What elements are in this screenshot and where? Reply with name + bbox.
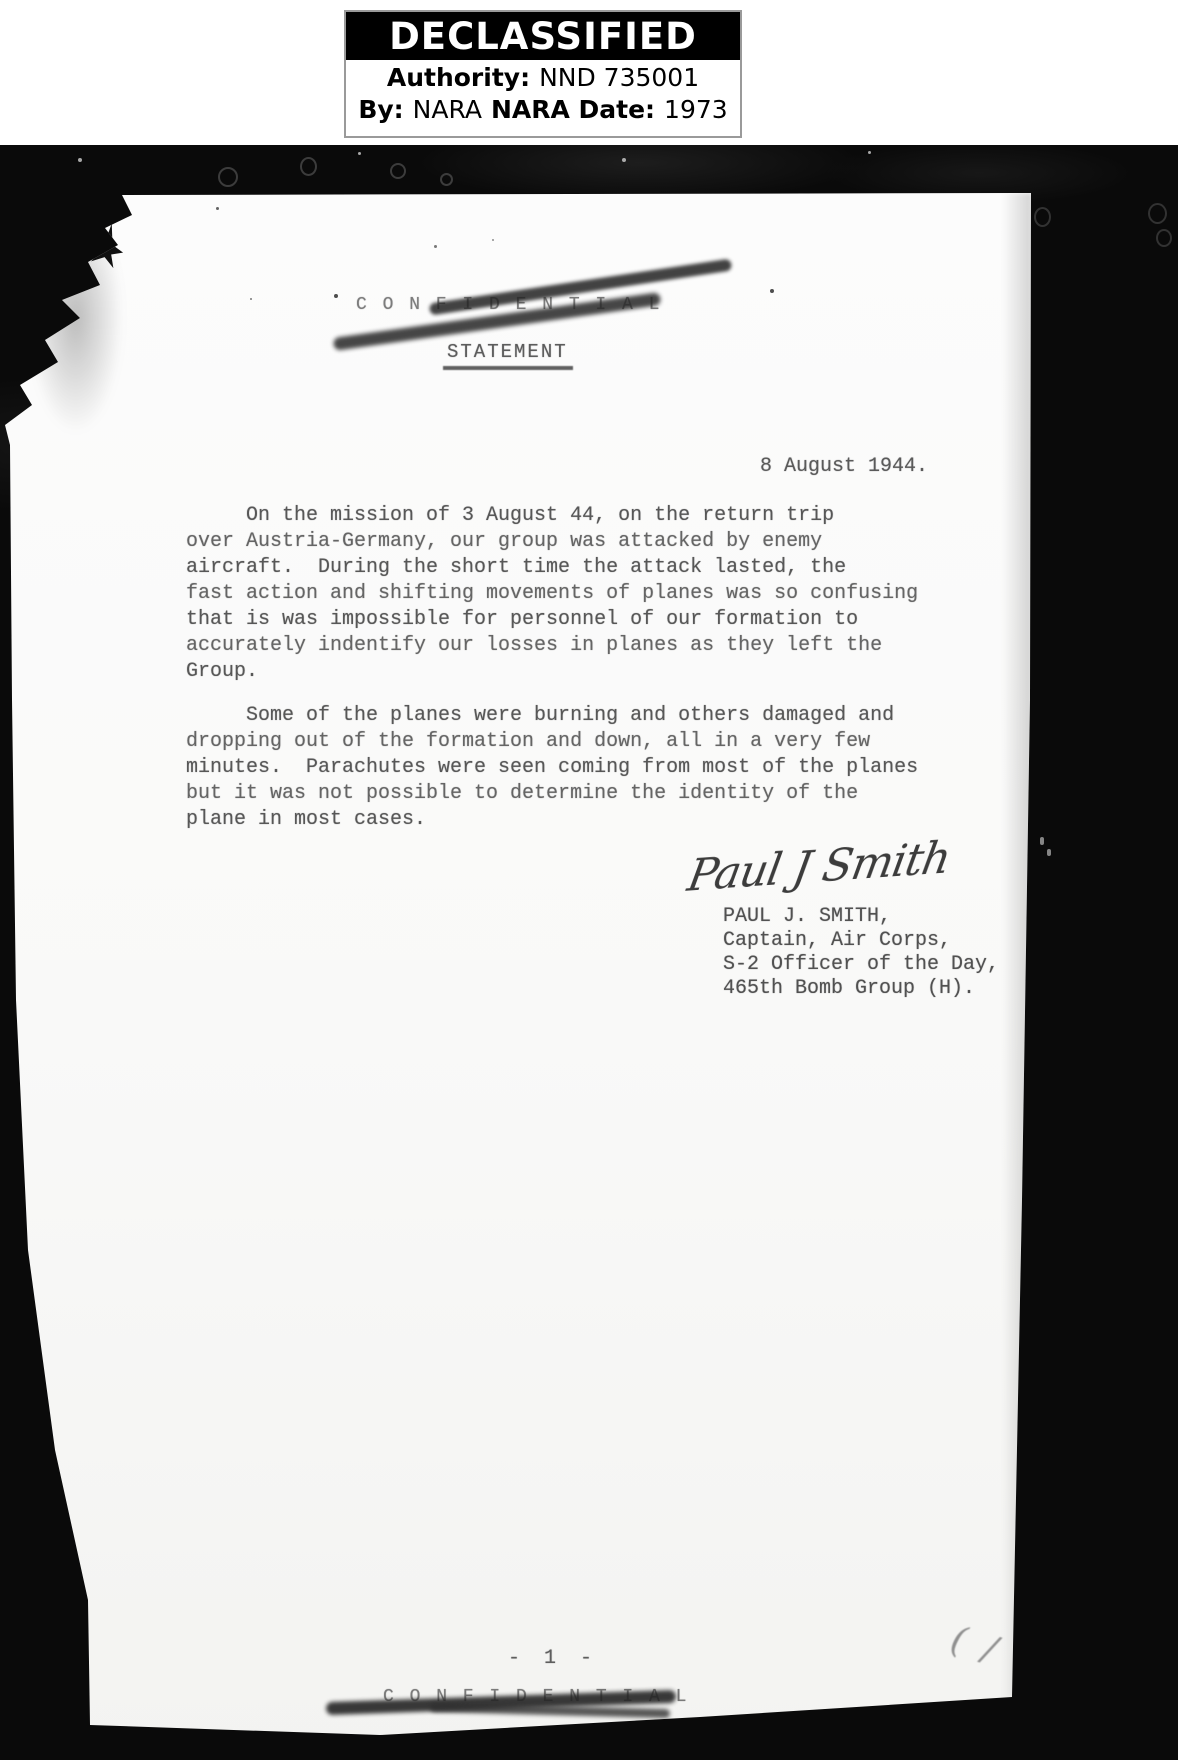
body-text-line: Group. [186,659,918,685]
handwritten-signature: Paul J Smith [684,831,972,902]
stamp-ring-remnant [218,167,238,187]
signature-line: 465th Bomb Group (H). [723,977,999,1001]
margin-ink-mark [1034,207,1051,227]
body-text-line: plane in most cases. [186,807,918,833]
stamp-ring-remnant [300,157,317,176]
document-title: STATEMENT [447,341,568,363]
nara-date-value: 1973 [664,95,728,124]
paragraph-2: Some of the planes were burning and othe… [186,703,918,833]
body-text-line: aircraft. During the short time the atta… [186,555,918,581]
stamp-ring-remnant [390,163,406,179]
body-text-line: but it was not possible to determine the… [186,781,918,807]
declassified-banner: DECLASSIFIED [346,12,740,60]
margin-scratch [1047,849,1051,856]
authority-value: NND 735001 [539,63,699,92]
document-date: 8 August 1944. [760,455,928,478]
page-number: - 1 - [508,1647,598,1670]
dust-speck [868,151,871,154]
dust-speck [358,152,361,155]
margin-ink-mark [1148,203,1167,224]
paper-sheet: C O N F I D E N T I A L STATEMENT 8 Augu… [0,145,1178,1760]
body-text-line: that is was impossible for personnel of … [186,607,918,633]
dust-speck [622,158,626,162]
margin-scratch [1040,837,1044,845]
ink-speck [334,294,338,298]
pencil-mark: ( / 7 [946,1619,1046,1684]
body-text-line: Some of the planes were burning and othe… [186,703,918,729]
paper-edge-shade [1002,193,1032,1698]
stamp-ring-remnant [440,173,453,186]
dust-speck [78,158,82,162]
by-label: By: [358,95,403,124]
ink-speck [434,245,437,248]
body-text-line: fast action and shifting movements of pl… [186,581,918,607]
margin-ink-mark [1156,229,1172,247]
authority-label: Authority: [387,63,530,92]
signature-line: S-2 Officer of the Day, [723,953,999,977]
ink-blot [57,268,83,282]
body-text-line: over Austria-Germany, our group was atta… [186,529,918,555]
scan-background: C O N F I D E N T I A L STATEMENT 8 Augu… [0,145,1178,1760]
authority-line: Authority: NND 735001 [346,63,740,92]
by-value: NARA [413,95,482,124]
header-band: DECLASSIFIED Authority: NND 735001 By: N… [0,0,1178,145]
scanned-document-page: DECLASSIFIED Authority: NND 735001 By: N… [0,0,1178,1760]
body-text-line: dropping out of the formation and down, … [186,729,918,755]
title-underline [443,366,573,370]
signature-line: Captain, Air Corps, [723,929,999,953]
paragraph-1: On the mission of 3 August 44, on the re… [186,503,918,685]
declassified-stamp: DECLASSIFIED Authority: NND 735001 By: N… [344,10,742,138]
signature-block: PAUL J. SMITH,Captain, Air Corps,S-2 Off… [723,905,999,1001]
by-line: By: NARA NARA Date: 1973 [346,95,740,124]
ink-speck [770,289,774,293]
ink-speck [250,298,252,300]
torn-edge-smudge [28,203,123,433]
declassified-title: DECLASSIFIED [389,15,697,58]
ink-speck [216,207,219,210]
nara-date-label: NARA Date: [491,95,655,124]
body-text-line: On the mission of 3 August 44, on the re… [186,503,918,529]
signature-line: PAUL J. SMITH, [723,905,999,929]
body-text-line: minutes. Parachutes were seen coming fro… [186,755,918,781]
body-text-line: accurately indentify our losses in plane… [186,633,918,659]
ink-speck [492,239,494,241]
